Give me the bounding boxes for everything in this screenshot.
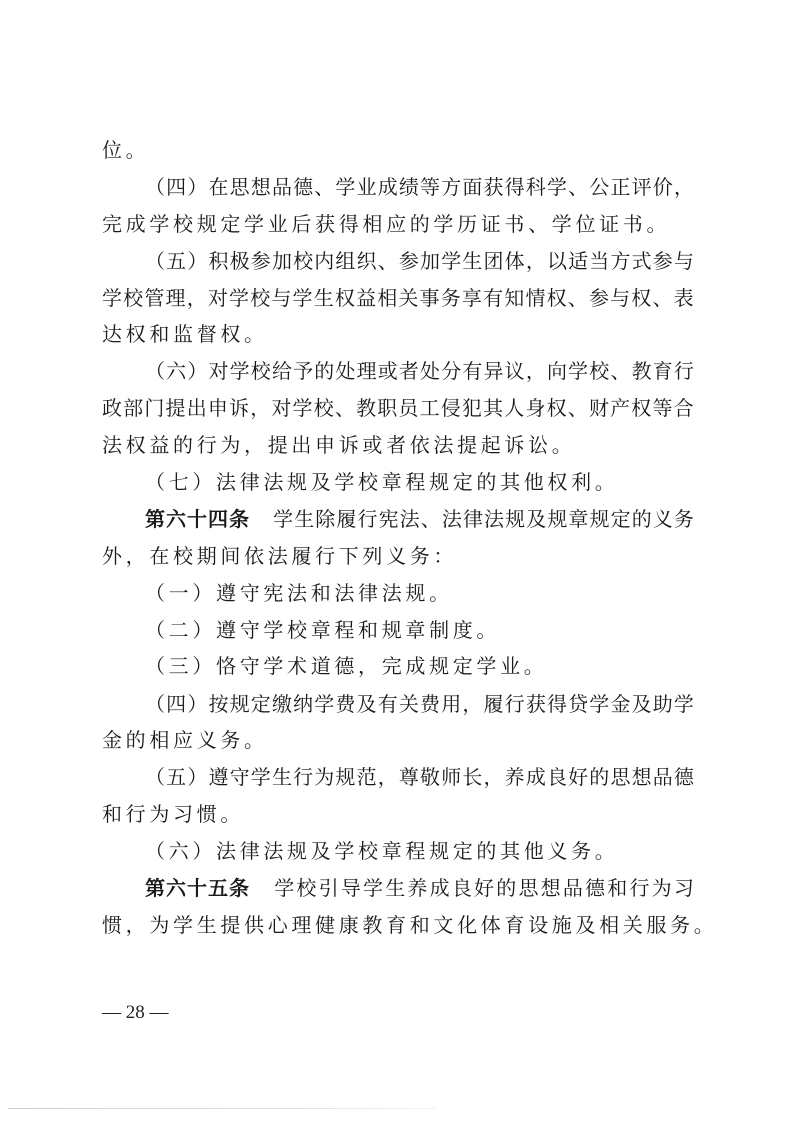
- text-line: 和行为习惯。: [102, 799, 694, 829]
- article-heading: 第六十五条: [145, 873, 250, 903]
- document-page: 位。（四）在思想品德、学业成绩等方面获得科学、公正评价，完成学校规定学业后获得相…: [0, 0, 793, 1121]
- article-heading: 第六十四条: [145, 504, 250, 534]
- text-line: （五）积极参加校内组织、参加学生团体，以适当方式参与: [145, 246, 694, 276]
- text-line: 完成学校规定学业后获得相应的学历证书、学位证书。: [102, 209, 694, 239]
- text-line: （三）恪守学术道德，完成规定学业。: [145, 651, 694, 681]
- text-line: 外，在校期间依法履行下列义务：: [102, 541, 694, 571]
- text-line: 位。: [102, 135, 694, 165]
- text-line: （二）遵守学校章程和规章制度。: [145, 615, 694, 645]
- text-line: 政部门提出申诉，对学校、教职员工侵犯其人身权、财产权等合: [102, 393, 694, 423]
- text-line: 法权益的行为，提出申诉或者依法提起诉讼。: [102, 430, 694, 460]
- text-line: 金的相应义务。: [102, 725, 694, 755]
- text-line: （五）遵守学生行为规范，尊敬师长，养成良好的思想品德: [145, 762, 694, 792]
- text-line: （六）法律法规及学校章程规定的其他义务。: [145, 836, 694, 866]
- text-line: （四）在思想品德、学业成绩等方面获得科学、公正评价，: [145, 172, 694, 202]
- page-number: — 28 —: [102, 998, 169, 1028]
- text-line: （六）对学校给予的处理或者处分有异议，向学校、教育行: [145, 356, 694, 386]
- text-line: 达权和监督权。: [102, 319, 694, 349]
- scan-edge-line: [8, 1108, 436, 1109]
- text-line: 惯，为学生提供心理健康教育和文化体育设施及相关服务。: [102, 910, 694, 940]
- article-line: 第六十五条学校引导学生养成良好的思想品德和行为习: [145, 873, 694, 903]
- text-line: （四）按规定缴纳学费及有关费用，履行获得贷学金及助学: [145, 689, 694, 719]
- text-line: 学校管理，对学校与学生权益相关事务享有知情权、参与权、表: [102, 283, 694, 313]
- article-line: 第六十四条学生除履行宪法、法律法规及规章规定的义务: [145, 504, 694, 534]
- text-line: （一）遵守宪法和法律法规。: [145, 578, 694, 608]
- text-line: （七）法律法规及学校章程规定的其他权利。: [145, 467, 694, 497]
